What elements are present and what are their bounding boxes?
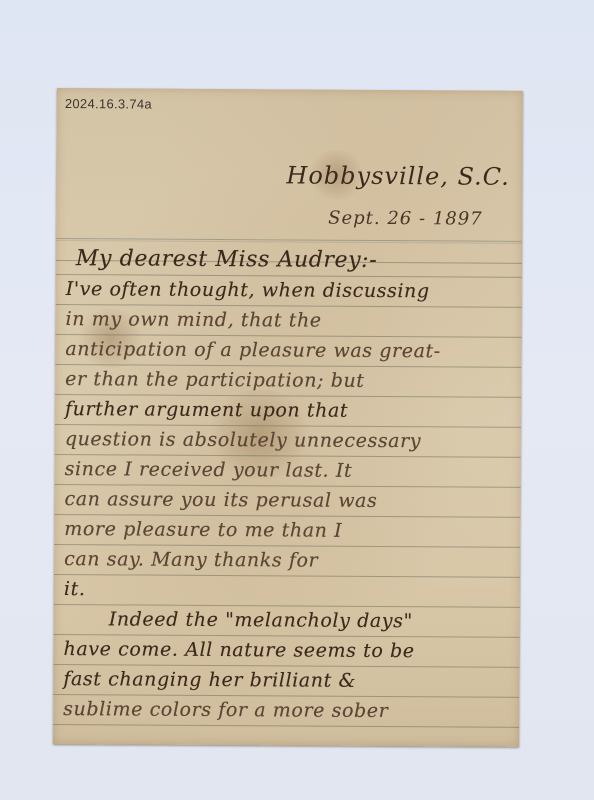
letter-line: sublime colors for a more sober: [63, 698, 511, 723]
ruled-line: [54, 544, 520, 548]
letter-paper: 2024.16.3.74a Hobbysville, S.C. Sept. 26…: [53, 88, 523, 747]
letter-line: further argument upon that: [65, 398, 513, 423]
ruled-line: [56, 304, 522, 308]
letter-line: since I received your last. It: [65, 458, 513, 483]
letter-line: question is absolutely unnecessary: [65, 428, 513, 453]
letter-date: Sept. 26 - 1897: [328, 208, 483, 230]
letter-line: more pleasure to me than I: [64, 518, 512, 543]
letter-line: er than the participation; but: [65, 368, 513, 393]
ruled-line: [55, 484, 521, 488]
ruled-line: [55, 364, 521, 368]
letter-line: I've often thought, when discussing: [66, 278, 514, 303]
letter-line: Indeed the "melancholy days": [109, 608, 512, 632]
letter-place: Hobbysville, S.C.: [286, 161, 510, 190]
ruled-line: [53, 724, 519, 728]
ruled-line: [56, 274, 522, 278]
letter-line: fast changing her brilliant &: [63, 668, 511, 693]
letter-line: can assure you its perusal was: [64, 488, 512, 513]
salutation: My dearest Miss Audrey:-: [76, 246, 514, 274]
ruled-line: [54, 574, 520, 578]
letter-line: in my own mind, that the: [66, 308, 514, 333]
ruled-line: [53, 694, 519, 698]
letter-line: can say. Many thanks for: [64, 548, 512, 573]
ruled-line: [53, 664, 519, 668]
ruled-line: [54, 604, 520, 608]
letter-line: it.: [64, 578, 512, 603]
accession-number: 2024.16.3.74a: [65, 96, 152, 112]
letter-line: anticipation of a pleasure was great-: [65, 338, 513, 363]
letter-line: have come. All nature seems to be: [64, 638, 512, 663]
ruled-line: [54, 634, 520, 638]
ruled-line: [54, 514, 520, 518]
